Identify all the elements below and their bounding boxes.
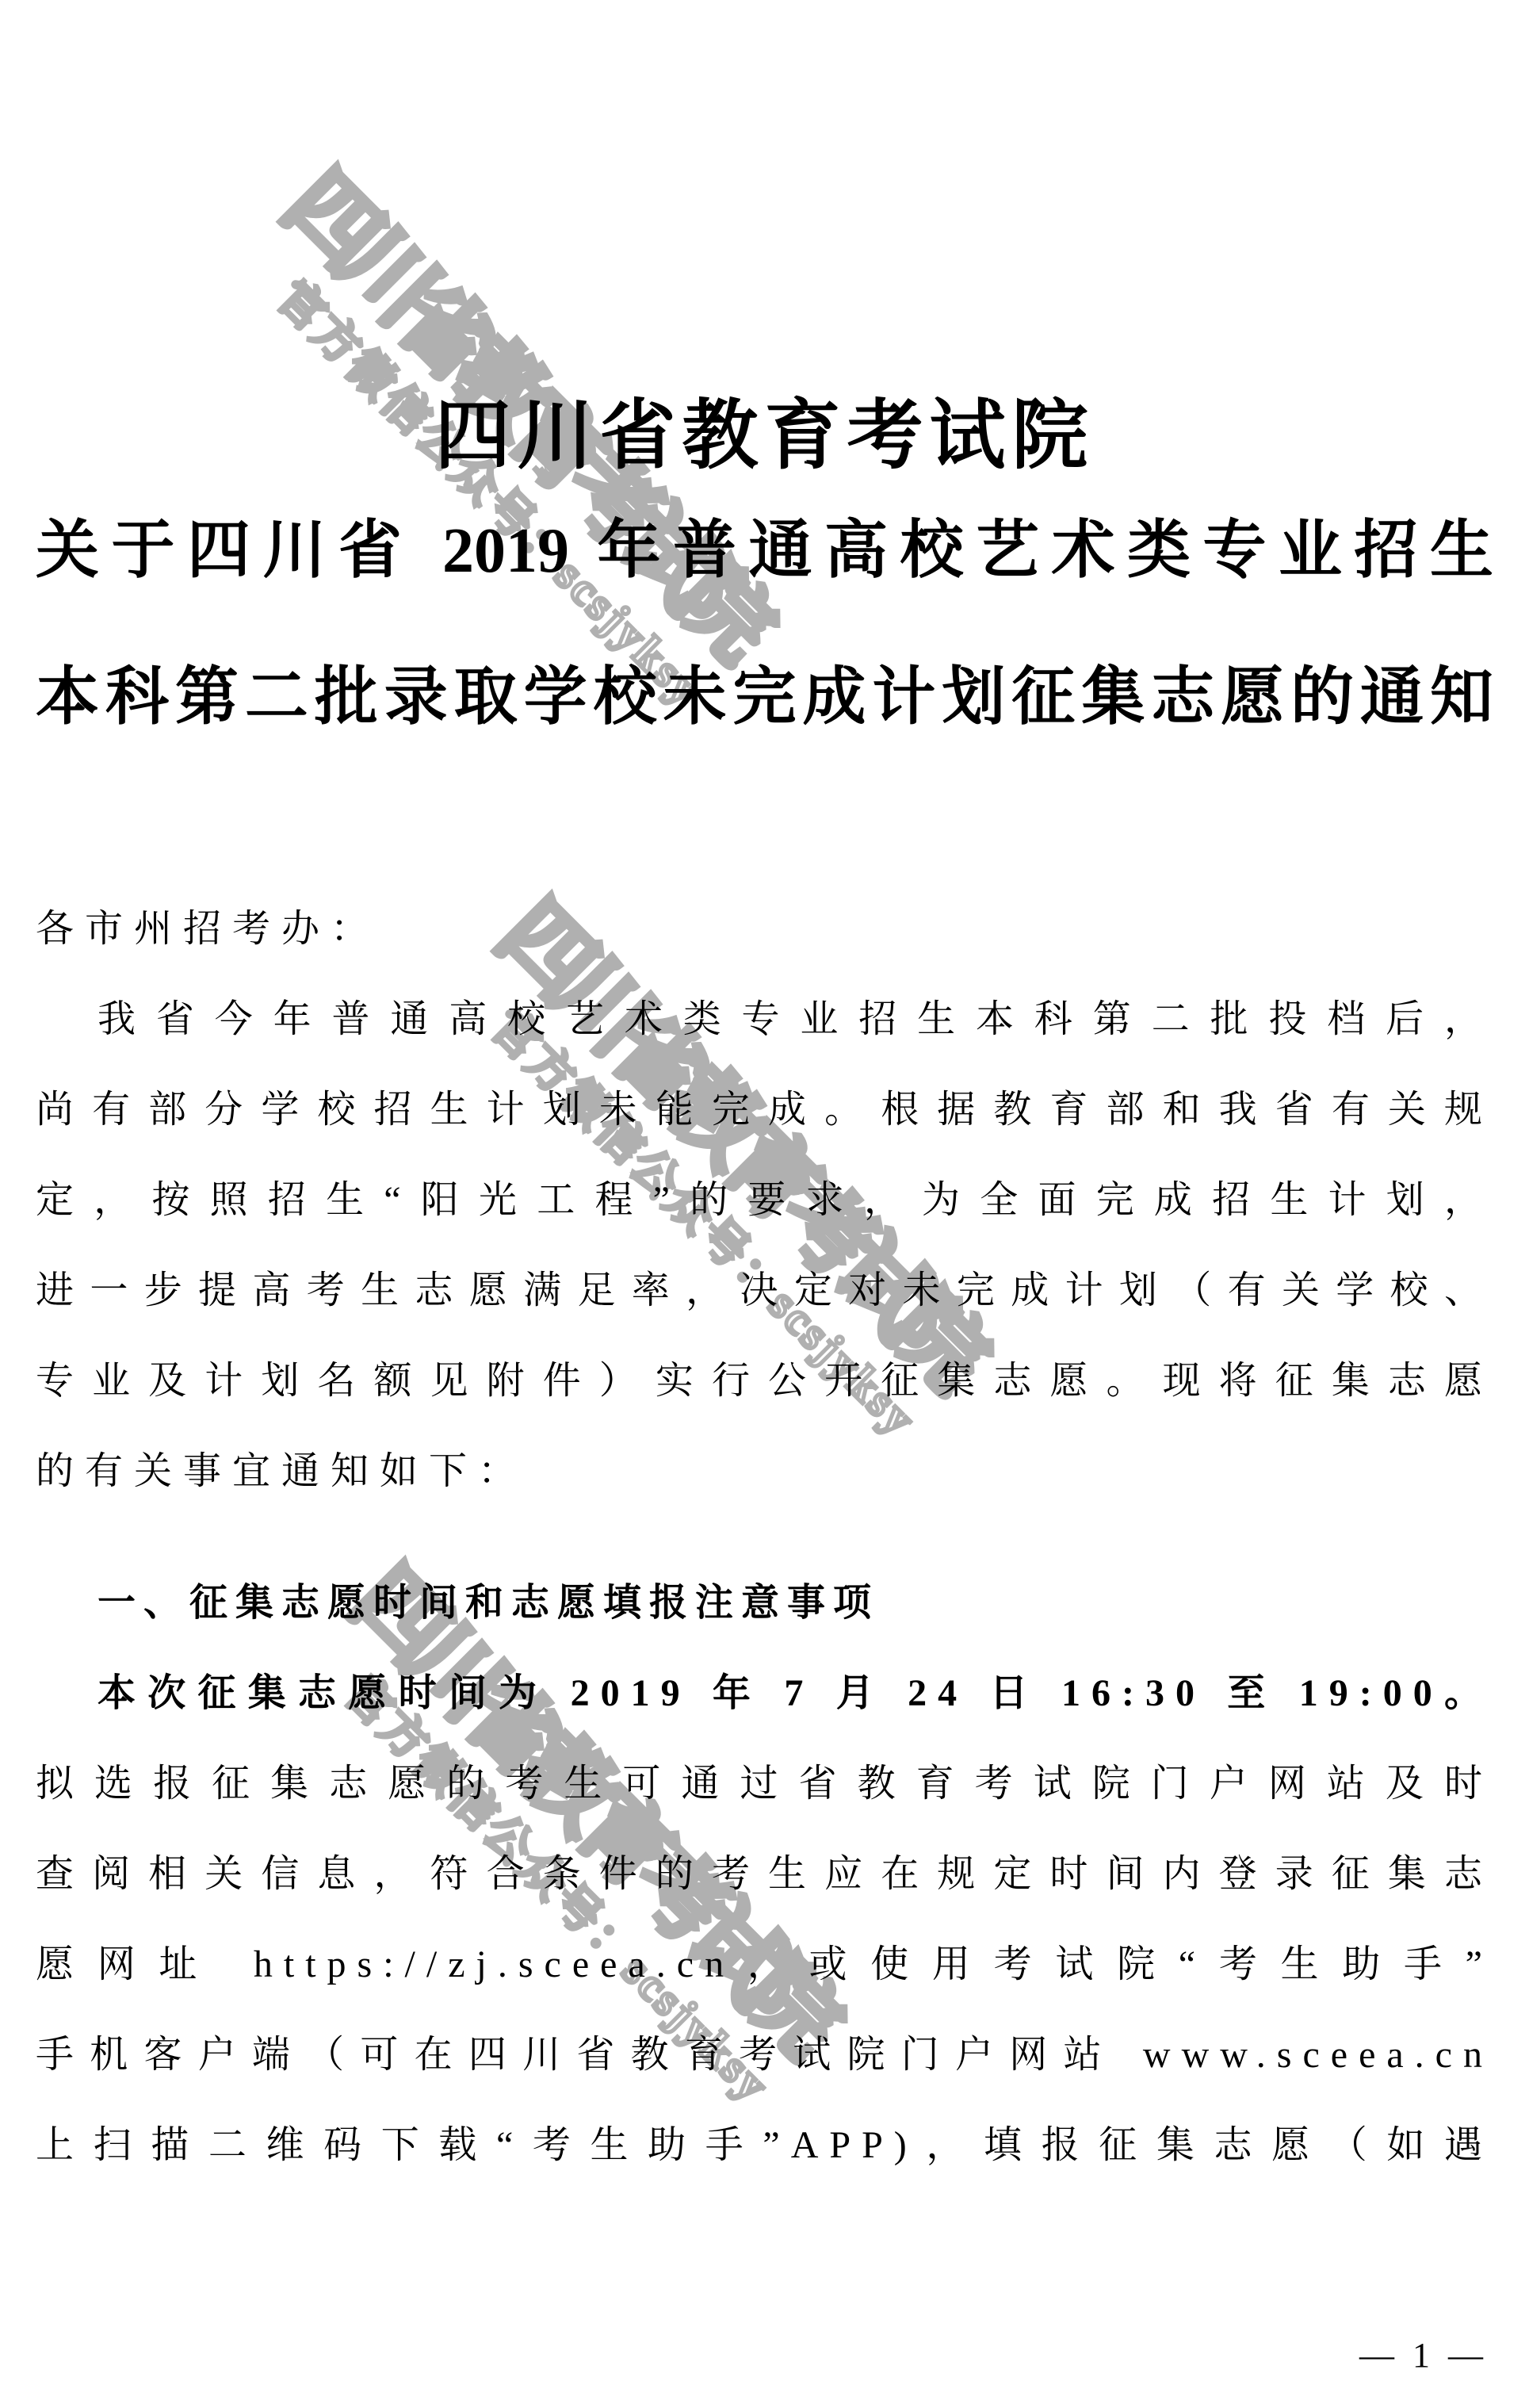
body-line: 各市州招考办： (36, 884, 1493, 974)
body-line: 定，按照招生“阳光工程”的要求，为全面完成招生计划， (36, 1155, 1493, 1246)
body: 各市州招考办：我省今年普通高校艺术类专业招生本科第二批投档后，尚有部分学校招生计… (36, 884, 1493, 2191)
body-line: 查阅相关信息，符合条件的考生应在规定时间内登录征集志 (36, 1829, 1493, 1920)
body-line: 我省今年普通高校艺术类专业招生本科第二批投档后， (36, 974, 1493, 1065)
document-page: 四川省教育考试院 官方微信公众号：scsjyksy 四川省教育考试院 官方微信公… (0, 0, 1529, 2408)
document-subtitle-line1: 关于四川省 2019 年普通高校艺术类专业招生 (36, 511, 1493, 591)
body-line: 专业及计划名额见附件）实行公开征集志愿。现将征集志愿 (36, 1336, 1493, 1426)
body-line: 拟选报征集志愿的考生可通过省教育考试院门户网站及时 (36, 1739, 1493, 1829)
body-line: 上扫描二维码下载“考生助手”APP)，填报征集志愿（如遇 (36, 2100, 1493, 2191)
body-line: 愿网址 https://zj.sceea.cn，或使用考试院“考生助手” (36, 1920, 1493, 2010)
body-line: 进一步提高考生志愿满足率，决定对未完成计划（有关学校、 (36, 1246, 1493, 1336)
body-line: 的有关事宜通知如下： (36, 1426, 1493, 1517)
body-line: 本次征集志愿时间为 2019 年 7 月 24 日 16:30 至 19:00。 (36, 1648, 1493, 1739)
document-subtitle-line2: 本科第二批录取学校未完成计划征集志愿的通知 (36, 658, 1493, 737)
section-heading: 一、征集志愿时间和志愿填报注意事项 (36, 1558, 1493, 1648)
document-content: 四川省教育考试院 关于四川省 2019 年普通高校艺术类专业招生 本科第二批录取… (0, 392, 1529, 2191)
body-line: 尚有部分学校招生计划未能完成。根据教育部和我省有关规 (36, 1065, 1493, 1155)
page-number: — 1 — (1359, 2335, 1488, 2375)
body-line: 手机客户端（可在四川省教育考试院门户网站 www.sceea.cn (36, 2010, 1493, 2100)
document-title: 四川省教育考试院 (36, 392, 1493, 480)
